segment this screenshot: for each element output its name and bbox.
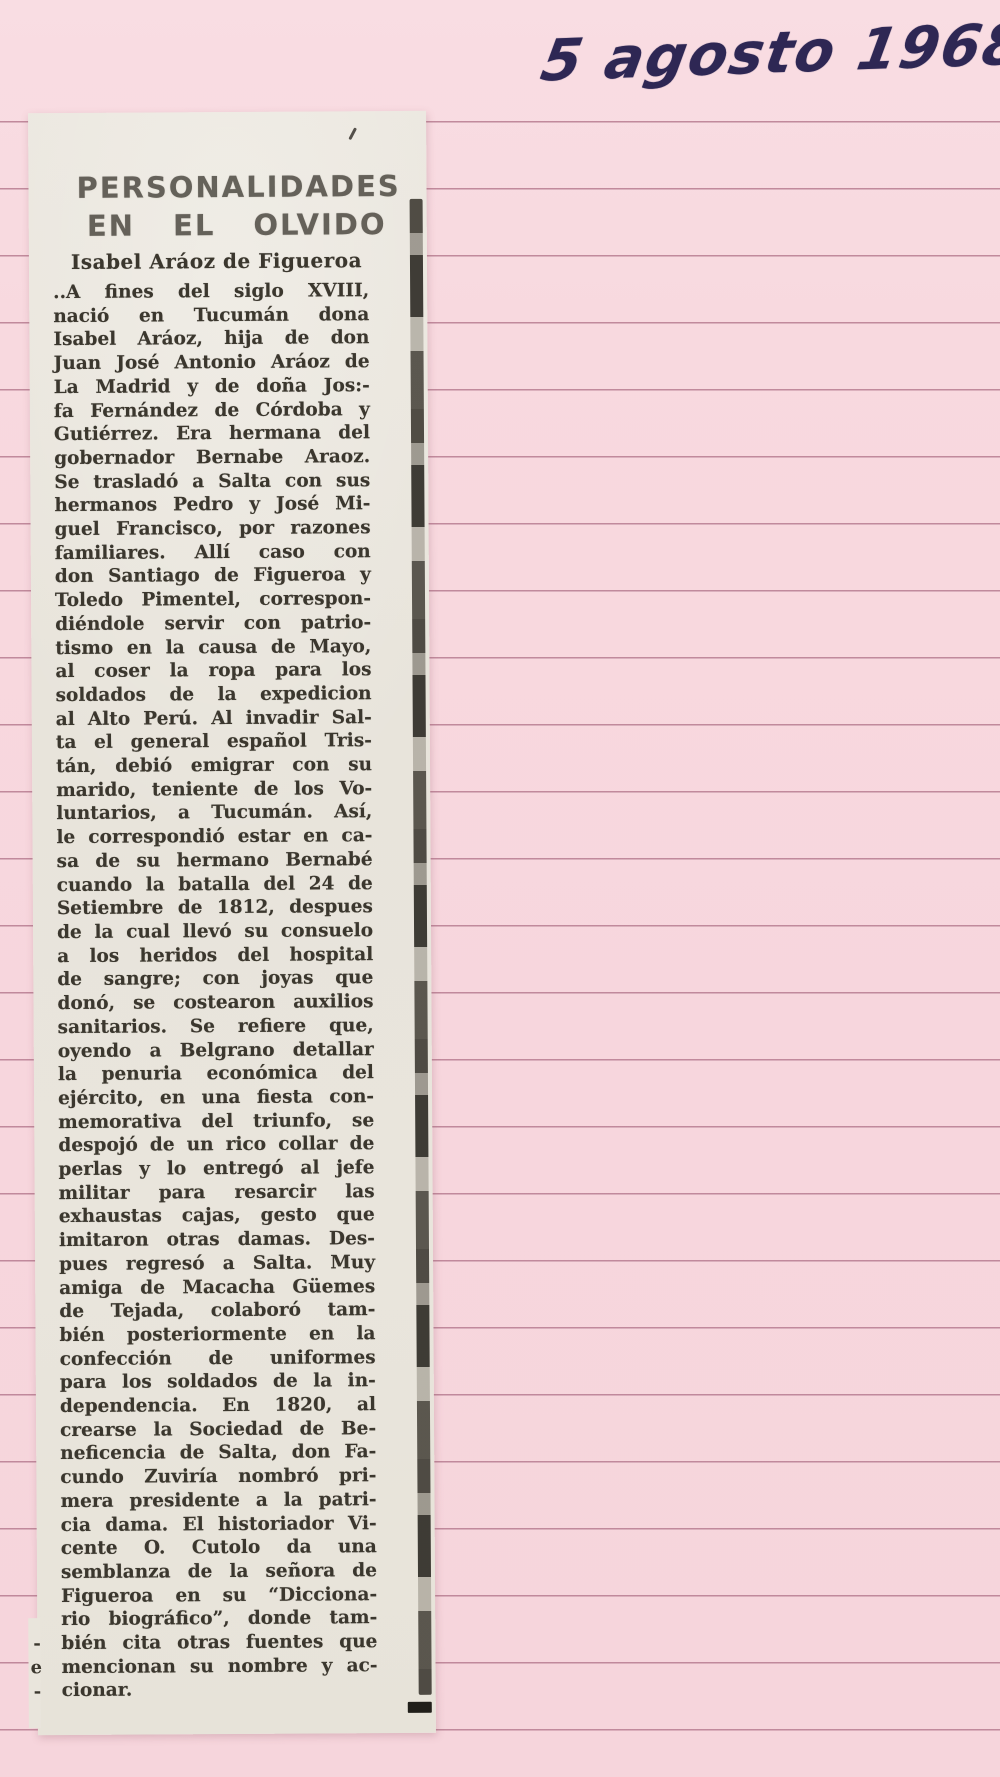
article-line: luntarios, a Tucumán. Así, — [56, 801, 372, 827]
article-line: marido, teniente de los Vo- — [56, 777, 372, 803]
stray-print-mark: - — [33, 1635, 41, 1653]
stray-print-mark: - — [34, 1683, 42, 1701]
article-line: ta el general español Tris- — [56, 730, 372, 756]
article-line: hermanos Pedro y José Mi- — [54, 492, 370, 518]
article-line: Setiembre de 1812, despues — [57, 895, 373, 921]
article-line: exhaustas cajas, gesto que — [59, 1204, 375, 1230]
article-line: Juan José Antonio Aráoz de — [54, 350, 370, 376]
article-line: bién cita otras fuentes que — [61, 1630, 377, 1656]
article-line: de sangre; con joyas que — [57, 967, 373, 993]
article-line: cundo Zuviría nombró pri- — [60, 1464, 376, 1490]
article-line: le correspondió estar en ca- — [56, 824, 372, 850]
article-line: sa de su hermano Bernabé — [57, 848, 373, 874]
article-line: mencionan su nombre y ac- — [61, 1654, 377, 1680]
article-line: Isabel Aráoz, hija de don — [53, 327, 369, 353]
article-line: La Madrid y de doña Jos:- — [54, 374, 370, 400]
article-line: don Santiago de Figueroa y — [55, 564, 371, 590]
article-line: Se trasladó a Salta con sus — [54, 469, 370, 495]
article-line: nació en Tucumán dona — [53, 303, 369, 329]
article-line: semblanza de la señora de — [61, 1559, 377, 1585]
article-line: mera presidente a la patri- — [60, 1488, 376, 1514]
article-line: imitaron otras damas. Des- — [59, 1227, 375, 1253]
stray-print-mark: e — [30, 1659, 42, 1677]
article-line: de Tejada, colaboró tam- — [59, 1298, 375, 1324]
article-line: neficencia de Salta, don Fa- — [60, 1441, 376, 1467]
article-line: Gutiérrez. Era hermana del — [54, 421, 370, 447]
article-line: dependencia. En 1820, al — [60, 1393, 376, 1419]
article-line: gobernador Bernabe Araoz. — [54, 445, 370, 471]
article-line: Figueroa en su “Dicciona- — [61, 1583, 377, 1609]
headline-line1: PERSONALIDADES — [76, 167, 396, 207]
article-line: oyendo a Belgrano detallar — [58, 1038, 374, 1064]
article-line: bién posteriormente en la — [59, 1322, 375, 1348]
article-line: fa Fernández de Córdoba y — [54, 398, 370, 424]
article-line: perlas y lo entregó al jefe — [58, 1156, 374, 1182]
article-line: confección de uniformes — [60, 1346, 376, 1372]
article-line: sanitarios. Se refiere que, — [58, 1014, 374, 1040]
article-line: rio biográfico”, donde tam- — [61, 1607, 377, 1633]
print-tick-mark — [348, 127, 357, 140]
article-line: tismo en la causa de Mayo, — [55, 635, 371, 661]
ink-blot — [408, 1702, 432, 1713]
headline-line2: EN EL OLVIDO — [77, 205, 397, 245]
article-line: de la cual llevó su consuelo — [57, 919, 373, 945]
article-line: memorativa del triunfo, se — [58, 1109, 374, 1135]
notebook-page: 5 agosto 1968 PERSONALIDADES EN EL OLVID… — [0, 0, 1000, 1777]
article-line: pues regresó a Salta. Muy — [59, 1251, 375, 1277]
article-line: tán, debió emigrar con su — [56, 753, 372, 779]
article-headline: PERSONALIDADES EN EL OLVIDO — [76, 167, 396, 245]
article-line: soldados de la expedicion — [56, 682, 372, 708]
article-line: para los soldados de la in- — [60, 1369, 376, 1395]
article-line: cuando la batalla del 24 de — [57, 872, 373, 898]
article-subhead: Isabel Aráoz de Figueroa — [71, 248, 427, 274]
article-line: familiares. Allí caso con — [55, 540, 371, 566]
article-line: cionar. — [62, 1678, 378, 1704]
article-line: diéndole servir con patrio- — [55, 611, 371, 637]
article-line: la penuria económica del — [58, 1061, 374, 1087]
article-line: amiga de Macacha Güemes — [59, 1275, 375, 1301]
article-line: cente O. Cutolo da una — [61, 1535, 377, 1561]
article-line: ejército, en una fiesta con- — [58, 1085, 374, 1111]
article-body: ..A fines del siglo XVIII,nació en Tucum… — [53, 279, 378, 1703]
article-line: cia dama. El historiador Vi- — [61, 1512, 377, 1538]
newspaper-clipping: PERSONALIDADES EN EL OLVIDO Isabel Aráoz… — [28, 111, 436, 1735]
article-line: donó, se costearon auxilios — [57, 990, 373, 1016]
article-line: crearse la Sociedad de Be- — [60, 1417, 376, 1443]
article-line: despojó de un rico collar de — [58, 1132, 374, 1158]
article-line: militar para resarcir las — [59, 1180, 375, 1206]
article-line: guel Francisco, por razones — [55, 516, 371, 542]
article-line: ..A fines del siglo XVIII, — [53, 279, 369, 305]
article-line: al coser la ropa para los — [55, 658, 371, 684]
article-line: a los heridos del hospital — [57, 943, 373, 969]
article-line: Toledo Pimentel, correspon- — [55, 587, 371, 613]
article-line: al Alto Perú. Al invadir Sal- — [56, 706, 372, 732]
